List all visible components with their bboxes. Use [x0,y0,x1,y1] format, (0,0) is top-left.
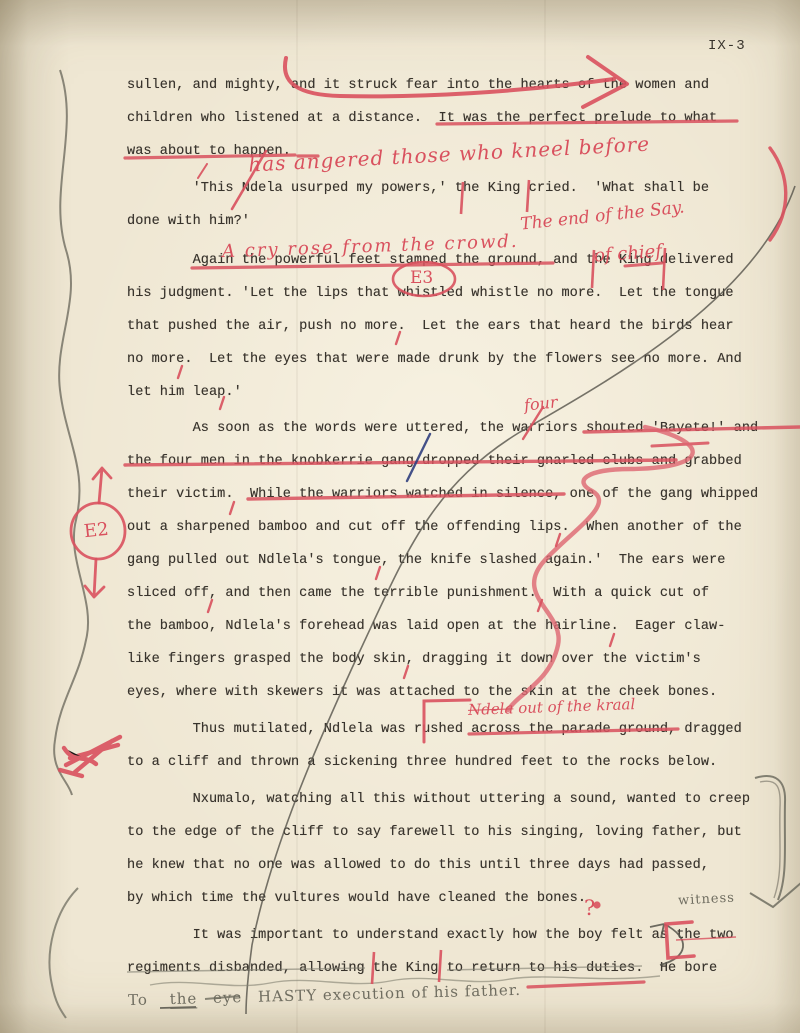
handwritten-insert-four: four [523,392,558,414]
typed-line: Thus mutilated, Ndlela was rushed across… [127,722,742,744]
typed-line: to the edge of the cliff to say farewell… [127,825,742,847]
pencil-witness-note: witness [678,891,736,909]
typed-line: he knew that no one was allowed to do th… [127,858,709,880]
typed-line: no more. Let the eyes that were made dru… [127,352,742,374]
pencil-word-to: To [128,991,148,1010]
typed-line: It was important to understand exactly h… [127,928,734,950]
e2-up-arrow [93,468,111,503]
typed-line: to a cliff and thrown a sickening three … [127,755,717,777]
typed-line: sliced off, and then came the terrible p… [127,586,709,608]
right-margin-arrowhead [750,883,800,907]
right-margin-pencil-arrow-stroke2 [760,781,780,898]
typed-line: that pushed the air, push no more. Let t… [127,319,734,341]
typed-line: the four men in the knobkerrie gang drop… [127,454,742,476]
edit-mark-e3: E3 [410,268,433,288]
typed-line: Nxumalo, watching all this without utter… [127,792,750,814]
typed-line: like fingers grasped the body skin, drag… [127,652,701,674]
typed-line: regiments disbanded, allowing the King t… [127,961,717,983]
typed-line: As soon as the words were uttered, the w… [127,421,758,443]
pencil-word-the: the [169,989,197,1009]
red-question-mark: ? [584,896,595,920]
typed-line: sullen, and mighty, and it struck fear i… [127,78,709,100]
kraal-note-text: out of the kraal [518,695,636,717]
closing-paren-top-right [770,148,786,240]
typed-line: children who listened at a distance. It … [127,111,717,133]
typed-line: let him leap.' [127,385,242,407]
manuscript-page: IX-3 sullen, and mighty, and it struck f… [0,0,800,1033]
left-margin-red-scribble [60,737,120,776]
typed-line: 'This Ndela usurped my powers,' the King… [127,181,709,203]
kraal-note-struck-word: Ndela [468,699,514,719]
typed-line: out a sharpened bamboo and cut off the o… [127,520,742,542]
page-number: IX-3 [708,38,746,54]
left-wavy-pencil-line [54,70,88,795]
typed-line: by which time the vultures would have cl… [127,891,586,913]
typed-line: their victim. While the warriors watched… [127,487,758,509]
left-bottom-pencil-curve [50,888,78,1018]
caret-under-ndela [198,164,207,178]
typed-line: the bamboo, Ndlela's forehead was laid o… [127,619,725,641]
e2-down-arrow [85,559,104,597]
pencil-struck-word: eye [213,988,243,1007]
right-margin-pencil-arrow [755,776,785,900]
underline-bayete [652,443,708,446]
edit-mark-e2: E2 [83,519,110,542]
pencil-bottom-note: To the eye HASTY execution of his father… [128,981,521,1009]
typed-line: his judgment. 'Let the lips that whistle… [127,286,734,308]
typed-line: done with him?' [127,214,250,236]
typed-line: gang pulled out Ndlela's tongue, the kni… [127,553,725,575]
